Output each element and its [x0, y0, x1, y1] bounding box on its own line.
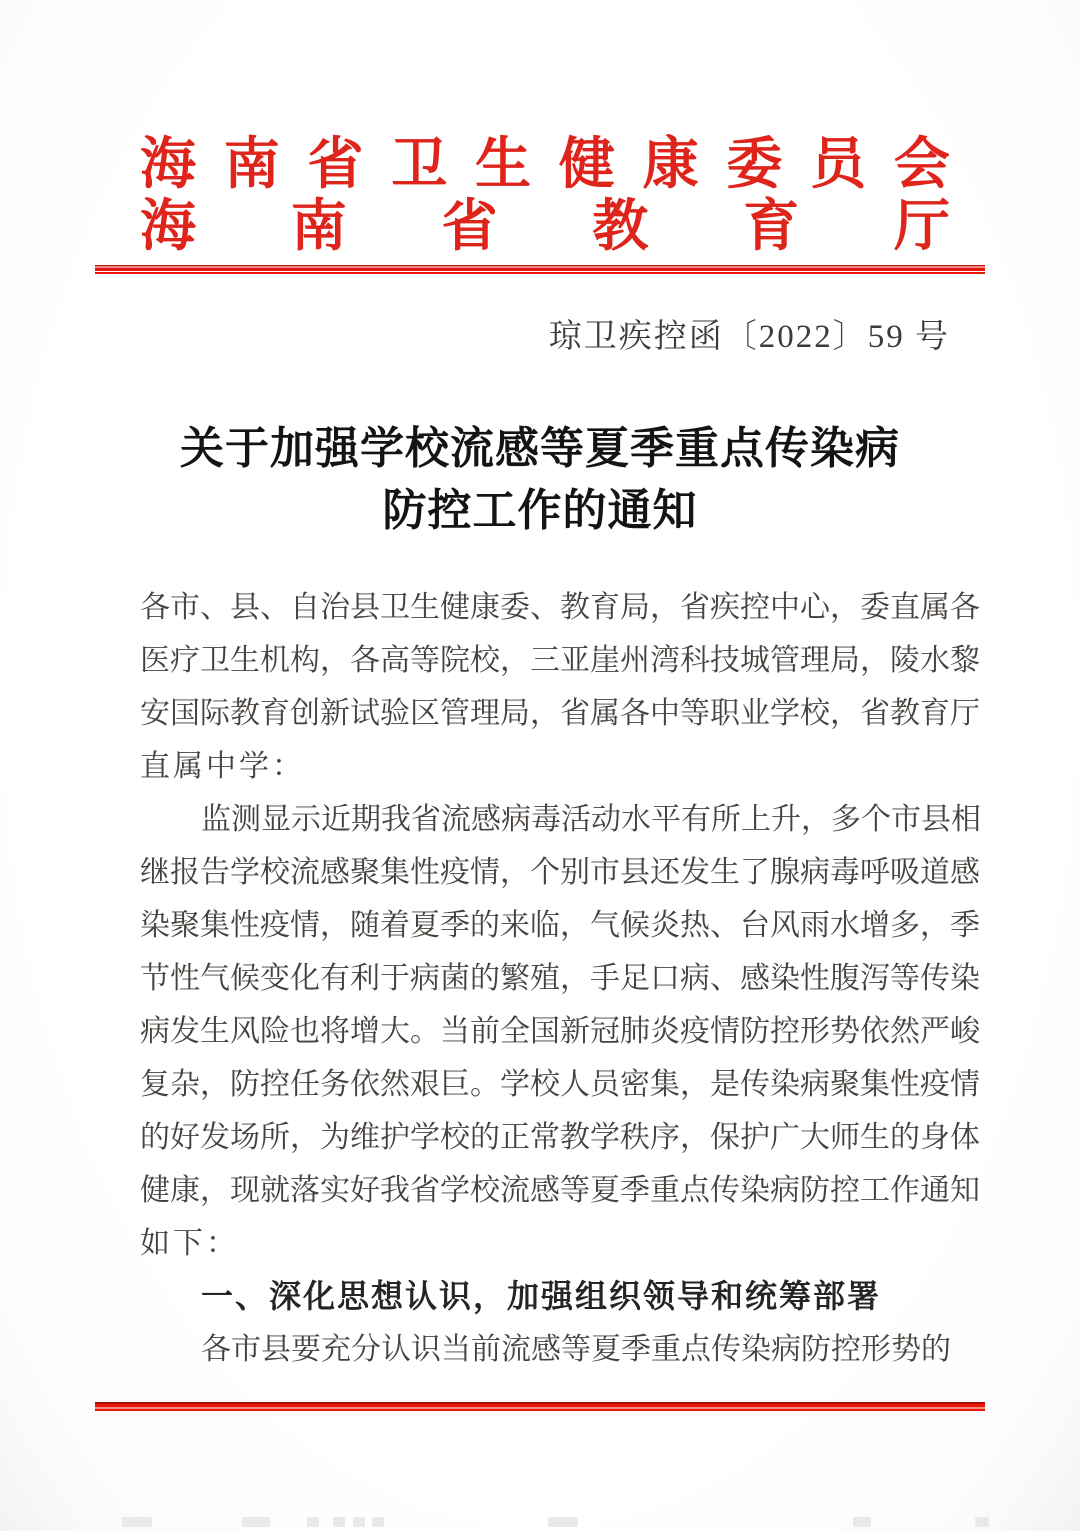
paragraph-line: 病发生风险也将增大。当前全国新冠肺炎疫情防控形势依然严峻: [140, 1005, 946, 1058]
footer-rule: [95, 1402, 985, 1411]
scan-artifact: [333, 1517, 345, 1527]
paragraph-line: 继报告学校流感聚集性疫情，个别市县还发生了腺病毒呼吸道感: [140, 846, 946, 899]
document-page: 海南省卫生健康委员会 海南省教育厅 琼卫疾控函〔2022〕59 号 关于加强学校…: [0, 0, 1080, 1531]
notice-body: 各市、县、自治县卫生健康委、教育局，省疾控中心，委直属各 医疗卫生机构，各高等院…: [140, 581, 946, 1376]
issuer-line-2: 海南省教育厅: [140, 196, 950, 258]
scan-artifact: [372, 1517, 384, 1527]
section-1-first-line: 各市县要充分认识当前流感等夏季重点传染病防控形势的: [140, 1323, 946, 1376]
paragraph-line: 健康，现就落实好我省学校流感等夏季重点传染病防控工作通知: [140, 1164, 946, 1217]
paragraph-line: 染聚集性疫情，随着夏季的来临，气候炎热、台风雨水增多，季: [140, 899, 946, 952]
paragraph-line: 如下：: [140, 1217, 946, 1270]
recipients-line: 安国际教育创新试验区管理局，省属各中等职业学校，省教育厅: [140, 687, 946, 740]
scan-artifact: [122, 1517, 152, 1527]
paragraph-line: 监测显示近期我省流感病毒活动水平有所上升，多个市县相: [140, 793, 946, 846]
scan-artifact: [975, 1517, 989, 1527]
scan-artifact: [307, 1517, 319, 1527]
masthead-rule: [95, 265, 985, 274]
recipients-line: 各市、县、自治县卫生健康委、教育局，省疾控中心，委直属各: [140, 581, 946, 634]
recipients-line: 医疗卫生机构，各高等院校，三亚崖州湾科技城管理局，陵水黎: [140, 634, 946, 687]
issuer-line-1: 海南省卫生健康委员会: [140, 134, 950, 196]
paragraph-line: 节性气候变化有利于病菌的繁殖，手足口病、感染性腹泻等传染: [140, 952, 946, 1005]
scan-artifact: [353, 1517, 365, 1527]
scan-artifact: [242, 1517, 270, 1527]
doc-number: 琼卫疾控函〔2022〕59 号: [549, 310, 950, 357]
recipients-line: 直属中学：: [140, 740, 946, 793]
notice-title: 关于加强学校流感等夏季重点传染病 防控工作的通知: [0, 418, 1080, 542]
section-1-heading: 一、深化思想认识，加强组织领导和统筹部署: [140, 1270, 946, 1323]
scan-artifact: [548, 1517, 578, 1527]
issuer-masthead: 海南省卫生健康委员会 海南省教育厅: [140, 134, 950, 258]
notice-title-line-2: 防控工作的通知: [0, 480, 1080, 542]
notice-title-line-1: 关于加强学校流感等夏季重点传染病: [0, 418, 1080, 480]
scan-artifact: [853, 1517, 871, 1527]
paragraph-line: 的好发场所，为维护学校的正常教学秩序，保护广大师生的身体: [140, 1111, 946, 1164]
paragraph-line: 复杂，防控任务依然艰巨。学校人员密集，是传染病聚集性疫情: [140, 1058, 946, 1111]
